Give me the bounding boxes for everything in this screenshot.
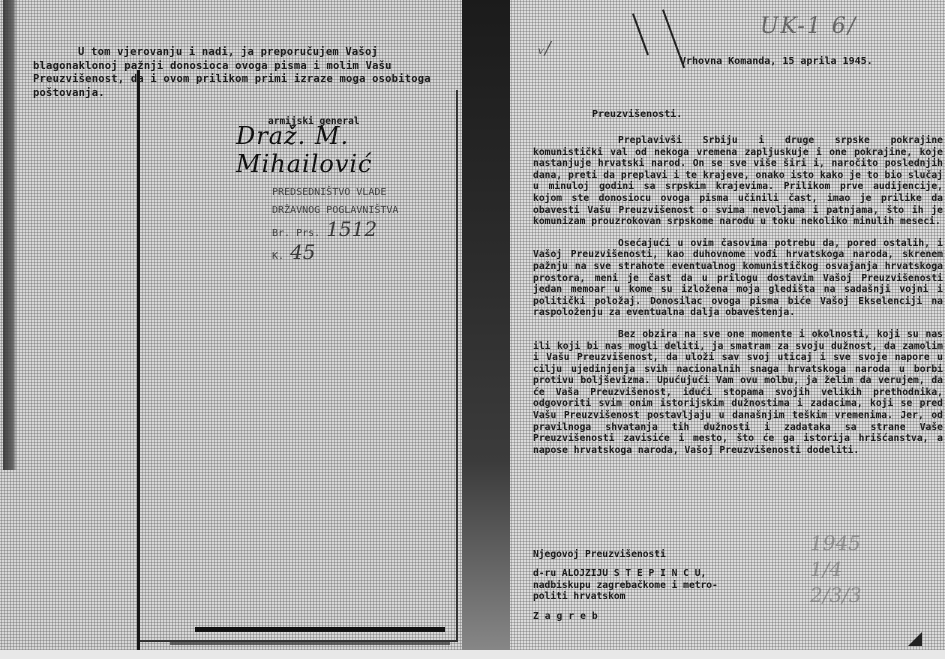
letter-paragraph: Preplavivši Srbiju i druge srpske pokraj…	[533, 135, 943, 228]
letter-paragraph: Bez obzira na sve one momente i okolnost…	[533, 329, 943, 457]
addressee-line: politi hrvatskom	[533, 591, 718, 603]
corner-mark	[908, 632, 922, 646]
city: Zagreb	[533, 611, 604, 622]
signature: Draž. M. Mihailović	[236, 122, 462, 178]
handwritten-mark: ᵥ/	[538, 38, 551, 59]
registry-stamp: PREDSEDNIŠTVO VLADE DRŽAVNOG POGLAVNIŠTV…	[272, 184, 462, 266]
left-page: U tom vjerovanju i nadi, ja preporučujem…	[0, 0, 462, 659]
stamp-number-value: 1512	[326, 217, 377, 241]
addressee-block: d-ru ALOJZIJU S T E P I N C U, nadbiskup…	[533, 568, 718, 603]
margin-note: 1945	[810, 530, 862, 556]
dateline: Vrhovna Komanda, 15 aprila 1945.	[680, 56, 873, 67]
handwritten-reference: UK-1 6/	[760, 14, 857, 39]
right-page: ᵥ/ UK-1 6/ Vrhovna Komanda, 15 aprila 19…	[510, 0, 945, 659]
stamp-number-label: Br. Prs.	[272, 228, 320, 239]
border-bar	[170, 641, 450, 645]
salutation: Preuzvišenosti.	[592, 109, 682, 120]
addressee-line: nadbiskupu zagrebačkome i metro-	[533, 580, 718, 592]
page-edge-shadow	[3, 0, 17, 470]
pen-stroke	[632, 13, 649, 55]
closing-line: Njegovoj Preuzvišenosti	[533, 549, 666, 560]
margin-note: 1/4	[810, 556, 862, 582]
margin-annotations: 1945 1/4 2/3/3	[810, 530, 862, 608]
stamp-line-1: PREDSEDNIŠTVO VLADE	[272, 184, 462, 202]
scan-margin	[0, 650, 945, 659]
closing-paragraph-text: U tom vjerovanju i nadi, ja preporučujem…	[33, 46, 448, 100]
letter-paragraph: Osećajući u ovim časovima potrebu da, po…	[533, 238, 943, 319]
stamp-row-4: K. 45	[272, 243, 462, 266]
border-bar	[195, 627, 445, 632]
margin-note: 2/3/3	[810, 582, 862, 608]
addressee-line: d-ru ALOJZIJU S T E P I N C U,	[533, 568, 718, 580]
stamp-row-4-value: 45	[290, 240, 315, 264]
stamp-row-4-prefix: K.	[272, 251, 284, 262]
closing-paragraph: U tom vjerovanju i nadi, ja preporučujem…	[33, 46, 448, 100]
book-spine-shadow	[462, 0, 510, 659]
letter-body: Preplavivši Srbiju i druge srpske pokraj…	[533, 135, 943, 466]
